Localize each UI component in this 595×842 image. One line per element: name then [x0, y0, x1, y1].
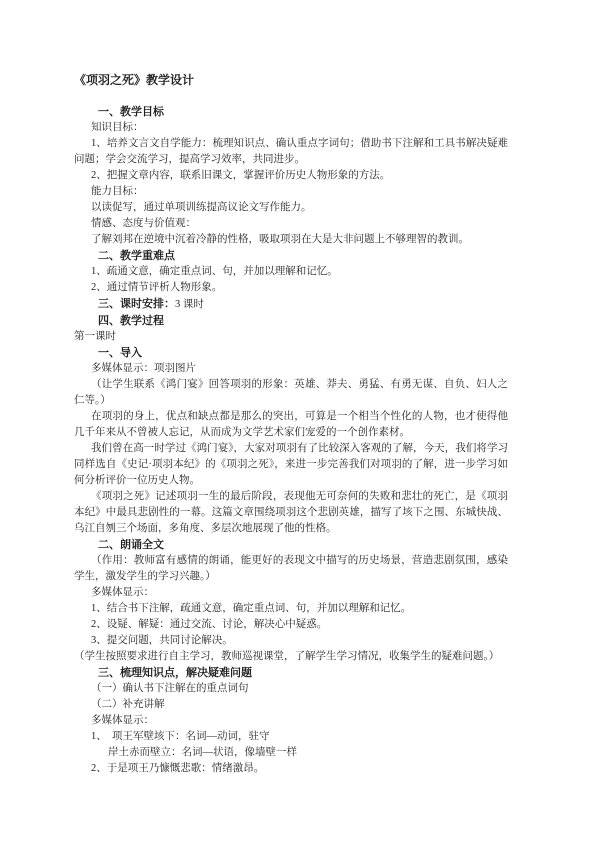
section-heading: 一、教学目标 [74, 104, 508, 120]
document-content: 《项羽之死》教学设计一、教学目标知识目标：1、培养文言文自学能力：梳理知识点、确… [74, 72, 508, 777]
document-title: 《项羽之死》教学设计 [74, 72, 508, 88]
paragraph: 多媒体显示：项羽图片 [74, 361, 508, 377]
paragraph: （学生按照要求进行自主学习，教师巡视课堂，了解学生学习情况，收集学生的疑难问题。… [74, 649, 508, 665]
section-heading: 四、教学过程 [74, 313, 508, 329]
paragraph: 多媒体显示： [74, 585, 508, 601]
section-heading: 二、教学重难点 [74, 248, 508, 264]
paragraph: （作用：教师富有感情的朗诵，能更好的表现文中描写的历史场景，营造悲剧氛围，感染学… [74, 553, 508, 585]
paragraph: 2、于是项王乃慷慨悲歌：情绪激昂。 [74, 761, 508, 777]
paragraph: 以读促写，通过单项训练提高议论文写作能力。 [74, 200, 508, 216]
paragraph: 《项羽之死》记述项羽一生的最后阶段，表现他无可奈何的失败和悲壮的死亡，是《项羽本… [74, 489, 508, 537]
paragraph: （让学生联系《鸿门宴》回答项羽的形象：英雄、莽夫、勇猛、有勇无谋、自负、妇人之仁… [74, 377, 508, 409]
paragraph: （一）确认书下注解在的重点词句 [74, 681, 508, 697]
paragraph: 1、结合书下注解，疏通文意，确定重点词、句，并加以理解和记忆。 [74, 601, 508, 617]
paragraph: 了解刘邦在逆境中沉着冷静的性格，吸取项羽在大是大非问题上不够理智的教训。 [74, 232, 508, 248]
paragraph: 岸土赤而壁立：名词—状语，像墙壁一样 [74, 745, 508, 761]
paragraph: 2、通过情节评析人物形象。 [74, 280, 508, 296]
heading-normal-part: 3 课时 [175, 299, 204, 310]
paragraph: 多媒体显示： [74, 713, 508, 729]
paragraph: 2、设疑、解疑：通过交流、讨论，解决心中疑惑。 [74, 617, 508, 633]
paragraph: 2、把握文章内容，联系旧课文，掌握评价历史人物形象的方法。 [74, 168, 508, 184]
section-heading: 二、朗诵全文 [74, 537, 508, 553]
paragraph: 1、培养文言文自学能力：梳理知识点、确认重点字词句；借助书下注解和工具书解决疑难… [74, 136, 508, 168]
paragraph: 1、 项王军壁垓下：名词—动词，驻守 [74, 729, 508, 745]
heading-bold-part: 三、课时安排： [98, 298, 175, 310]
paragraph: 知识目标： [74, 120, 508, 136]
paragraph: （二）补充讲解 [74, 697, 508, 713]
paragraph: 第一课时 [74, 329, 508, 345]
paragraph: 我们曾在高一时学过《鸿门宴》，大家对项羽有了比较深入客观的了解，今天，我们将学习… [74, 441, 508, 489]
section-heading: 一、导入 [74, 345, 508, 361]
paragraph: 在项羽的身上，优点和缺点都是那么的突出，可算是一个相当个性化的人物，也才使得他几… [74, 409, 508, 441]
document-page: 《项羽之死》教学设计一、教学目标知识目标：1、培养文言文自学能力：梳理知识点、确… [0, 0, 595, 842]
paragraph: 3、提交问题，共同讨论解决。 [74, 633, 508, 649]
paragraph: 能力目标： [74, 184, 508, 200]
section-heading: 三、梳理知识点，解决疑难问题 [74, 665, 508, 681]
paragraph: 1、疏通文意，确定重点词、句，并加以理解和记忆。 [74, 264, 508, 280]
paragraph: 情感、态度与价值观： [74, 216, 508, 232]
section-heading: 三、课时安排：3 课时 [74, 296, 508, 313]
